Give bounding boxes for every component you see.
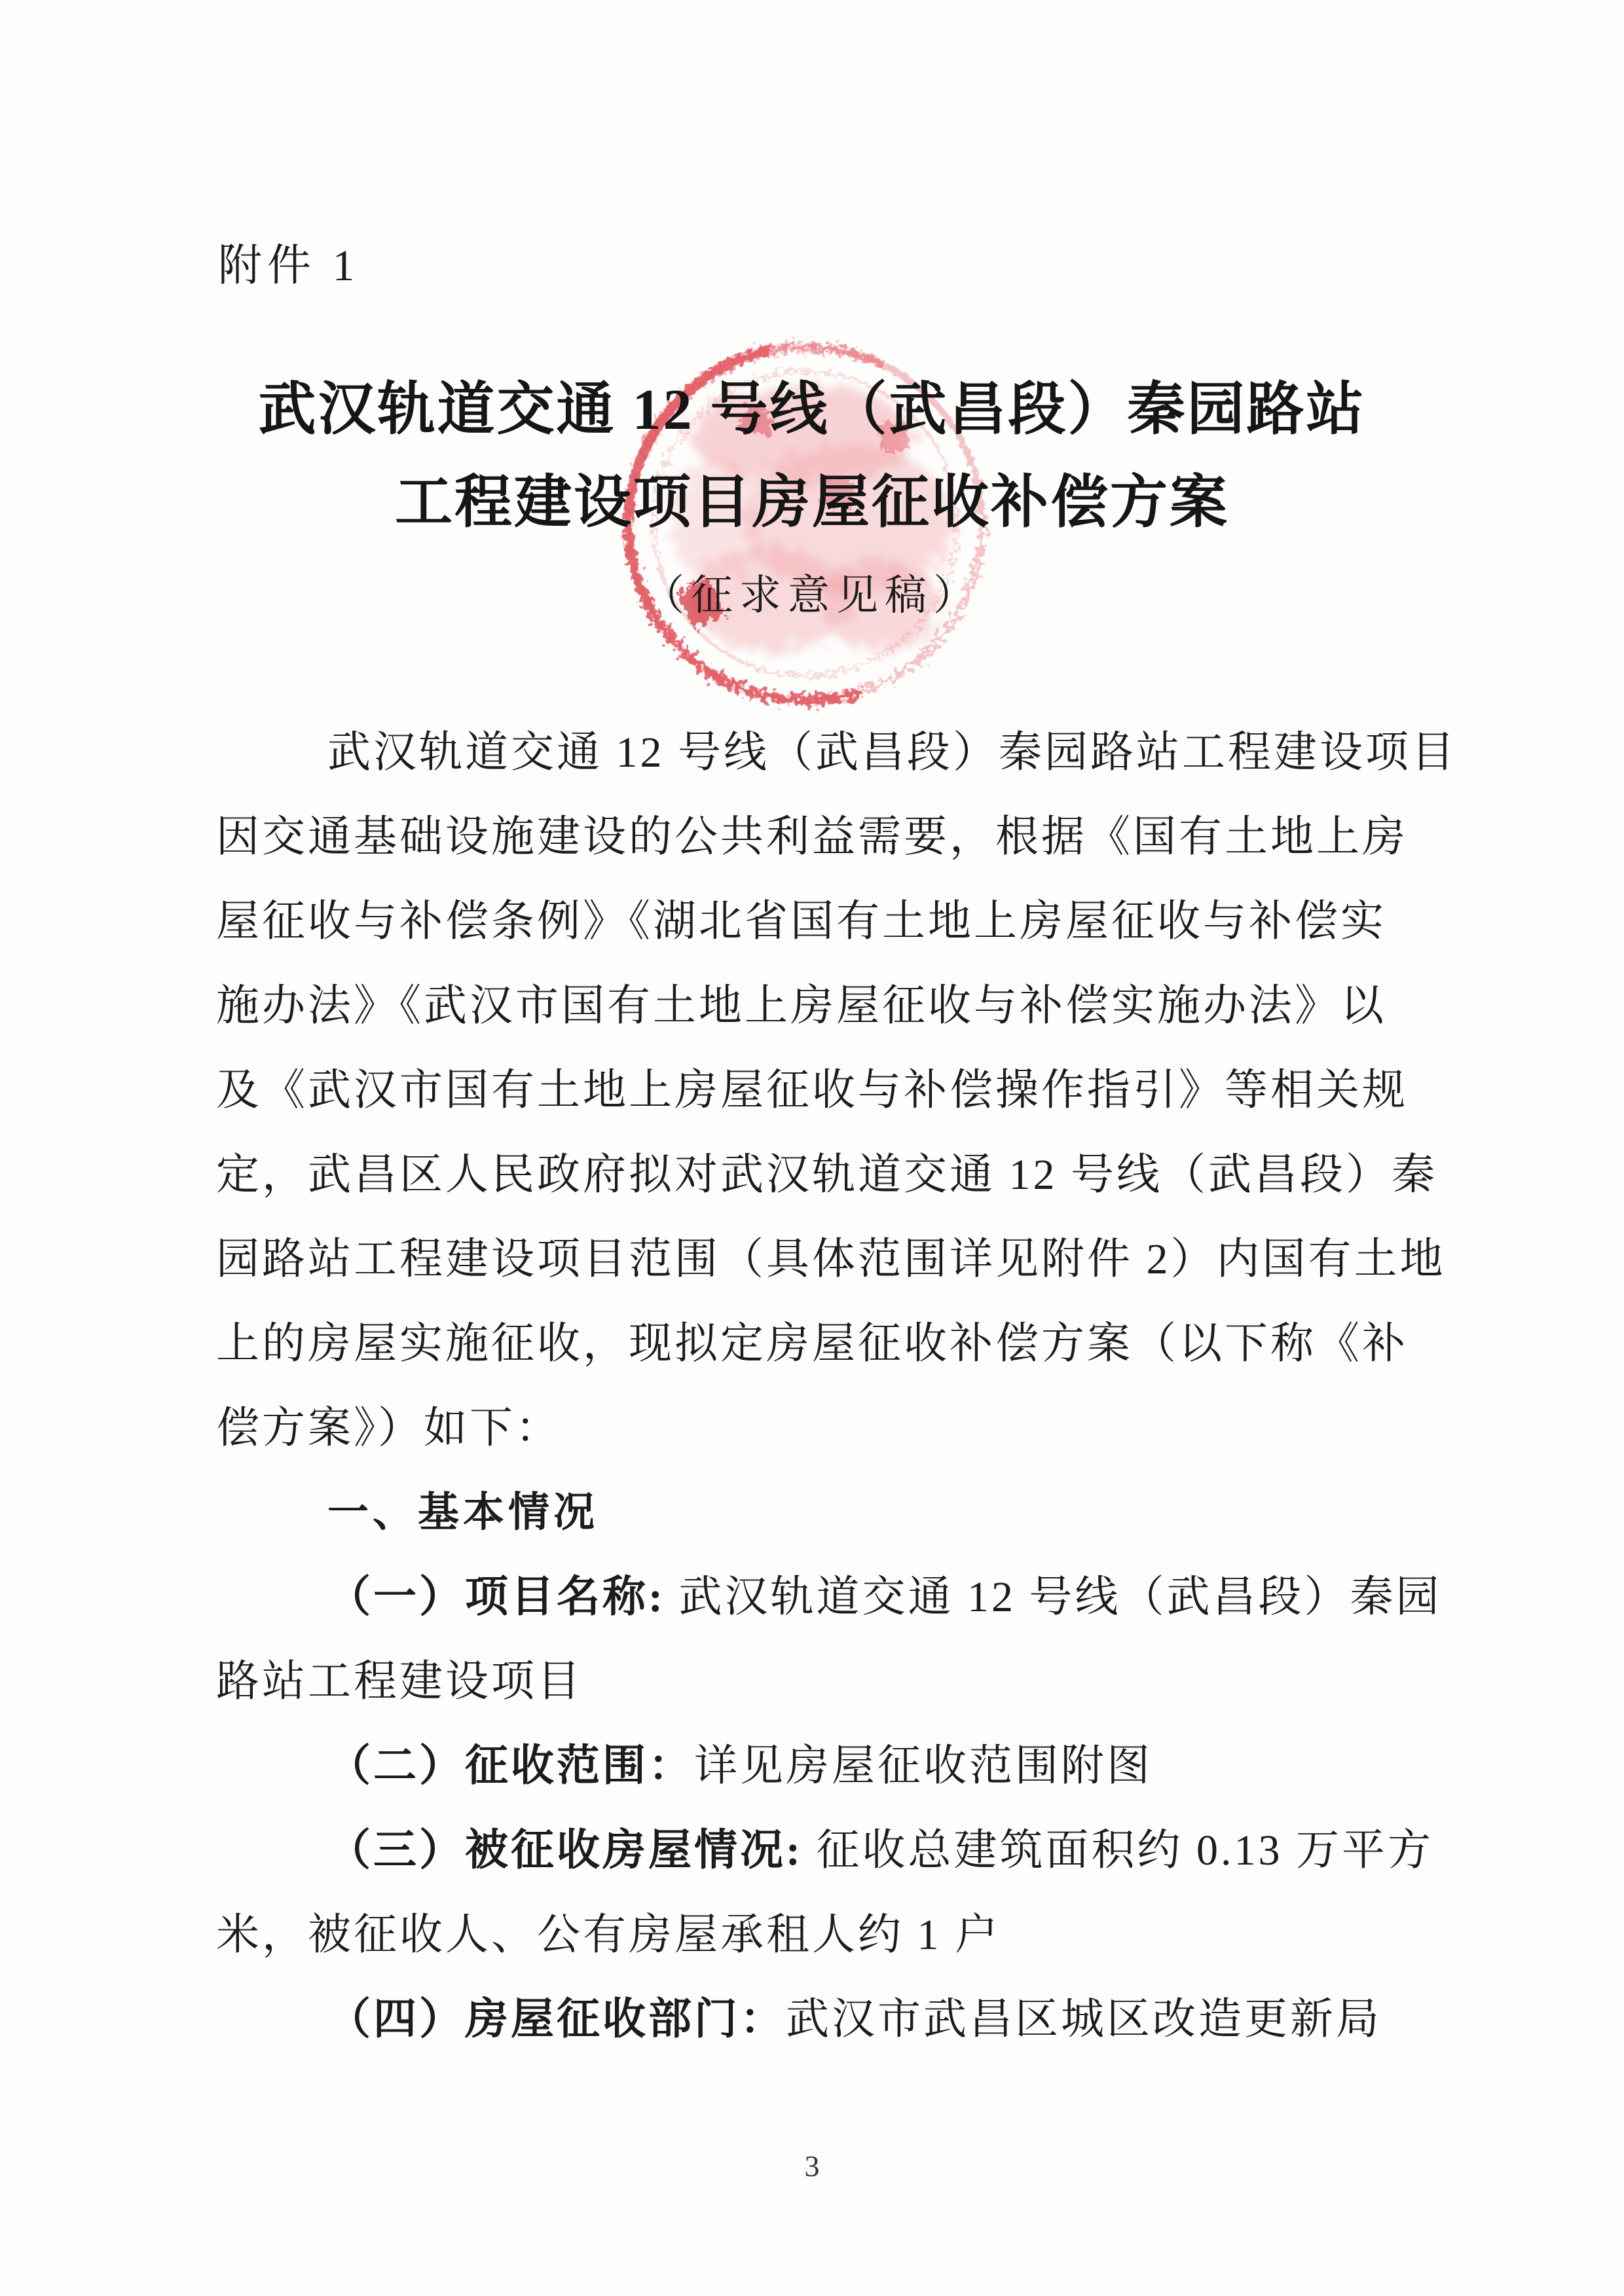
document-body: 武汉轨道交通 12 号线（武昌段）秦园路站工程建设项目因交通基础设施建设的公共利… bbox=[216, 710, 1418, 2062]
bold-label: 一、基本情况 bbox=[327, 1489, 599, 1535]
body-line: 施办法》《武汉市国有土地上房屋征收与补偿实施办法》以 bbox=[216, 964, 1418, 1048]
document-title: 武汉轨道交通 12 号线（武昌段）秦园路站 工程建设项目房屋征收补偿方案 bbox=[0, 364, 1624, 550]
title-line-1: 武汉轨道交通 12 号线（武昌段）秦园路站 bbox=[0, 364, 1624, 457]
text-run: 屋征收与补偿条例》《湖北省国有土地上房屋征收与补偿实 bbox=[216, 898, 1386, 945]
section-heading: 一、基本情况 bbox=[216, 1470, 1418, 1555]
text-run: 定，武昌区人民政府拟对武汉轨道交通 12 号线（武昌段）秦 bbox=[216, 1151, 1437, 1199]
text-run: 武汉轨道交通 12 号线（武昌段）秦园路站工程建设项目 bbox=[327, 729, 1457, 776]
body-line: 路站工程建设项目 bbox=[216, 1639, 1418, 1724]
body-line: 园路站工程建设项目范围（具体范围详见附件 2）内国有土地 bbox=[216, 1217, 1418, 1302]
text-run: 偿方案》）如下： bbox=[216, 1404, 561, 1452]
text-run: 因交通基础设施建设的公共利益需要，根据《国有土地上房 bbox=[216, 813, 1408, 861]
document-page: 附件 1 bbox=[0, 0, 1624, 2296]
page-number: 3 bbox=[0, 2149, 1624, 2183]
text-run: 上的房屋实施征收，现拟定房屋征收补偿方案（以下称《补 bbox=[216, 1320, 1408, 1368]
text-run: 征收总建筑面积约 0.13 万平方 bbox=[803, 1827, 1433, 1874]
bold-label: （三）被征收房屋情况: bbox=[327, 1827, 803, 1874]
bold-label: （一）项目名称: bbox=[327, 1573, 665, 1621]
text-run: 及《武汉市国有土地上房屋征收与补偿操作指引》等相关规 bbox=[216, 1066, 1408, 1114]
bold-label: （二）征收范围： bbox=[327, 1742, 694, 1790]
body-line: 及《武汉市国有土地上房屋征收与补偿操作指引》等相关规 bbox=[216, 1048, 1418, 1133]
attachment-label: 附件 1 bbox=[218, 230, 360, 293]
body-line: （二）征收范围：详见房屋征收范围附图 bbox=[216, 1724, 1418, 1808]
body-line: （四）房屋征收部门：武汉市武昌区城区改造更新局 bbox=[216, 1977, 1418, 2062]
body-line: 上的房屋实施征收，现拟定房屋征收补偿方案（以下称《补 bbox=[216, 1302, 1418, 1386]
text-run: 详见房屋征收范围附图 bbox=[694, 1742, 1153, 1790]
body-line: 米，被征收人、公有房屋承租人约 1 户 bbox=[216, 1893, 1418, 1977]
body-line: （三）被征收房屋情况: 征收总建筑面积约 0.13 万平方 bbox=[216, 1808, 1418, 1893]
text-run: 施办法》《武汉市国有土地上房屋征收与补偿实施办法》以 bbox=[216, 982, 1386, 1030]
body-line: （一）项目名称: 武汉轨道交通 12 号线（武昌段）秦园 bbox=[216, 1555, 1418, 1639]
text-run: 武汉市武昌区城区改造更新局 bbox=[786, 1995, 1382, 2043]
text-run: 米，被征收人、公有房屋承租人约 1 户 bbox=[216, 1911, 1001, 1959]
body-line: 屋征收与补偿条例》《湖北省国有土地上房屋征收与补偿实 bbox=[216, 879, 1418, 964]
text-run: 路站工程建设项目 bbox=[216, 1658, 583, 1705]
document-subtitle: （征求意见稿） bbox=[0, 562, 1624, 622]
text-run: 园路站工程建设项目范围（具体范围详见附件 2）内国有土地 bbox=[216, 1235, 1446, 1283]
body-line: 武汉轨道交通 12 号线（武昌段）秦园路站工程建设项目 bbox=[216, 710, 1418, 795]
body-line: 定，武昌区人民政府拟对武汉轨道交通 12 号线（武昌段）秦 bbox=[216, 1133, 1418, 1217]
bold-label: （四）房屋征收部门： bbox=[327, 1995, 786, 2043]
body-line: 偿方案》）如下： bbox=[216, 1386, 1418, 1470]
text-run: 武汉轨道交通 12 号线（武昌段）秦园 bbox=[665, 1573, 1442, 1621]
title-line-2: 工程建设项目房屋征收补偿方案 bbox=[0, 457, 1624, 550]
body-line: 因交通基础设施建设的公共利益需要，根据《国有土地上房 bbox=[216, 795, 1418, 879]
